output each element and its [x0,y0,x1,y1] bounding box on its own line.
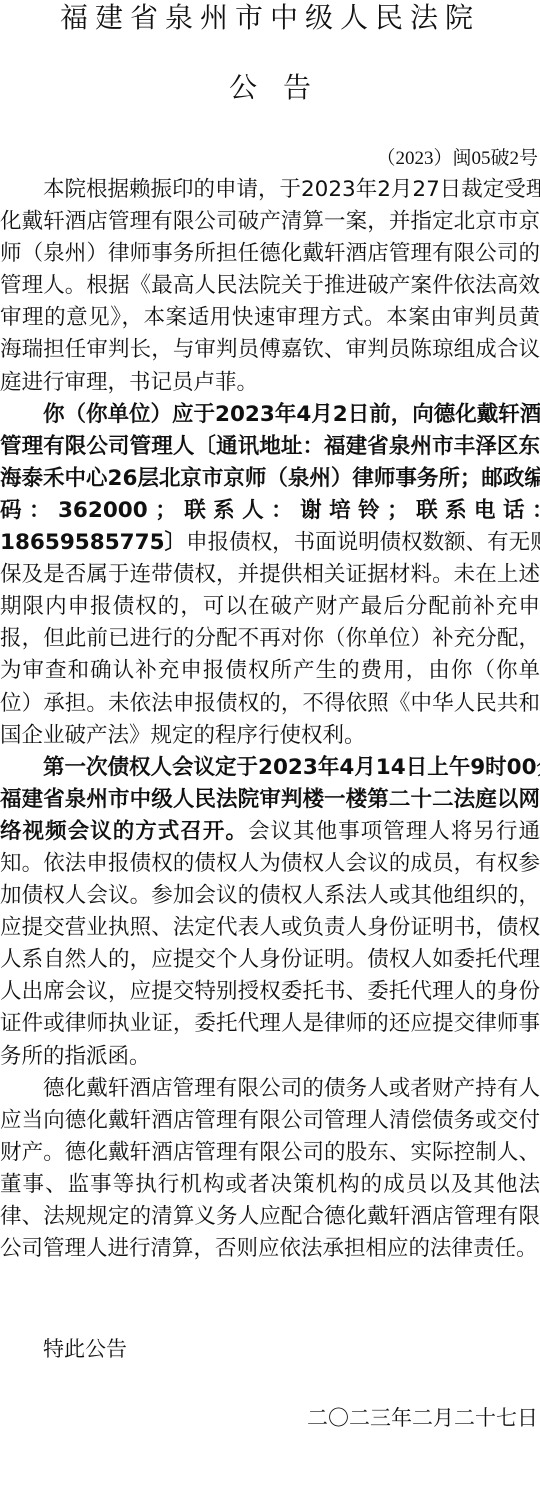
text-line: 保及是否属于连带债权，并提供相关证据材料。未在上述 [0,559,540,591]
text-line: 董事、监事等执行机构或者决策机构的成员以及其他法 [0,1169,540,1201]
text-line: 师（泉州）律师事务所担任德化戴轩酒店管理有限公司的 [0,238,540,270]
text-line: 期限内申报债权的，可以在破产财产最后分配前补充申 [0,591,540,623]
text-line: 国企业破产法》规定的程序行使权利。 [0,720,540,752]
text-fragment: 申报债权，书面说明债权数额、有无财产担 [186,530,540,555]
text-line-bold: 第一次债权人会议定于2023年4月14日上午9时00分在 [0,752,540,784]
text-line-bold: 福建省泉州市中级人民法院审判楼一楼第二十二法庭以网 [0,784,540,816]
text-line: 德化戴轩酒店管理有限公司的债务人或者财产持有人 [0,1073,540,1105]
text-line: 庭进行审理，书记员卢菲。 [0,367,540,399]
paragraph-acceptance: 本院根据赖振印的申请，于2023年2月27日裁定受理德 化戴轩酒店管理有限公司破… [0,174,540,399]
text-line: 报，但此前已进行的分配不再对你（你单位）补充分配， [0,623,540,655]
text-line: 人系自然人的，应提交个人身份证明。债权人如委托代理 [0,944,540,976]
text-line: 审理的意见》，本案适用快速审理方式。本案由审判员黄 [0,302,540,334]
text-line: 本院根据赖振印的申请，于2023年2月27日裁定受理德 [0,174,540,206]
text-line: 证件或律师执业证，委托代理人是律师的还应提交律师事 [0,1008,540,1040]
text-line-bold: 管理有限公司管理人〔通讯地址：福建省泉州市丰泽区东 [0,431,540,463]
text-line-bold: 海泰禾中心26层北京市京师（泉州）律师事务所；邮政编 [0,463,540,495]
court-name: 福建省泉州市中级人民法院 [0,0,540,36]
text-line: 财产。德化戴轩酒店管理有限公司的股东、实际控制人、 [0,1137,540,1169]
text-line: 位）承担。未依法申报债权的，不得依照《中华人民共和 [0,688,540,720]
document-type: 公告 [0,70,540,106]
text-line-mixed: 络视频会议的方式召开。会议其他事项管理人将另行通 [0,816,540,848]
text-line-bold: 你（你单位）应于2023年4月2日前，向德化戴轩酒店 [0,399,540,431]
paragraph-debtor-obligations: 德化戴轩酒店管理有限公司的债务人或者财产持有人 应当向德化戴轩酒店管理有限公司管… [0,1073,540,1266]
text-line: 管理人。根据《最高人民法院关于推进破产案件依法高效 [0,270,540,302]
text-line: 应提交营业执照、法定代表人或负责人身份证明书，债权 [0,912,540,944]
text-line-mixed: 18659585775〕申报债权，书面说明债权数额、有无财产担 [0,527,540,559]
text-line-bold: 码 ： 362000 ； 联 系 人 ： 谢 培 铃 ； 联 系 电 话 ： [0,495,540,527]
case-number: （2023）闽05破2号 [376,146,538,172]
text-line: 加债权人会议。参加会议的债权人系法人或其他组织的， [0,880,540,912]
text-line: 海瑞担任审判长，与审判员傅嘉钦、审判员陈琼组成合议 [0,334,540,366]
text-line: 律、法规规定的清算义务人应配合德化戴轩酒店管理有限 [0,1201,540,1233]
announcement-body: 本院根据赖振印的申请，于2023年2月27日裁定受理德 化戴轩酒店管理有限公司破… [0,174,540,1265]
text-line: 务所的指派函。 [0,1041,540,1073]
issue-date: 二〇二三年二月二十七日 [307,1403,538,1433]
text-line: 应当向德化戴轩酒店管理有限公司管理人清偿债务或交付 [0,1105,540,1137]
meeting-method: 络视频会议的方式召开。 [0,819,248,844]
paragraph-claim-filing: 你（你单位）应于2023年4月2日前，向德化戴轩酒店 管理有限公司管理人〔通讯地… [0,399,540,752]
phone-number: 18659585775〕 [0,530,186,555]
text-line: 公司管理人进行清算，否则应依法承担相应的法律责任。 [0,1233,540,1265]
text-line: 化戴轩酒店管理有限公司破产清算一案，并指定北京市京 [0,206,540,238]
text-fragment: 会议其他事项管理人将另行通 [248,819,540,844]
paragraph-creditors-meeting: 第一次债权人会议定于2023年4月14日上午9时00分在 福建省泉州市中级人民法… [0,752,540,1073]
closing-statement: 特此公告 [43,1334,127,1364]
text-line: 为审查和确认补充申报债权所产生的费用，由你（你单 [0,655,540,687]
text-line: 知。依法申报债权的债权人为债权人会议的成员，有权参 [0,848,540,880]
text-line: 人出席会议，应提交特别授权委托书、委托代理人的身份 [0,976,540,1008]
